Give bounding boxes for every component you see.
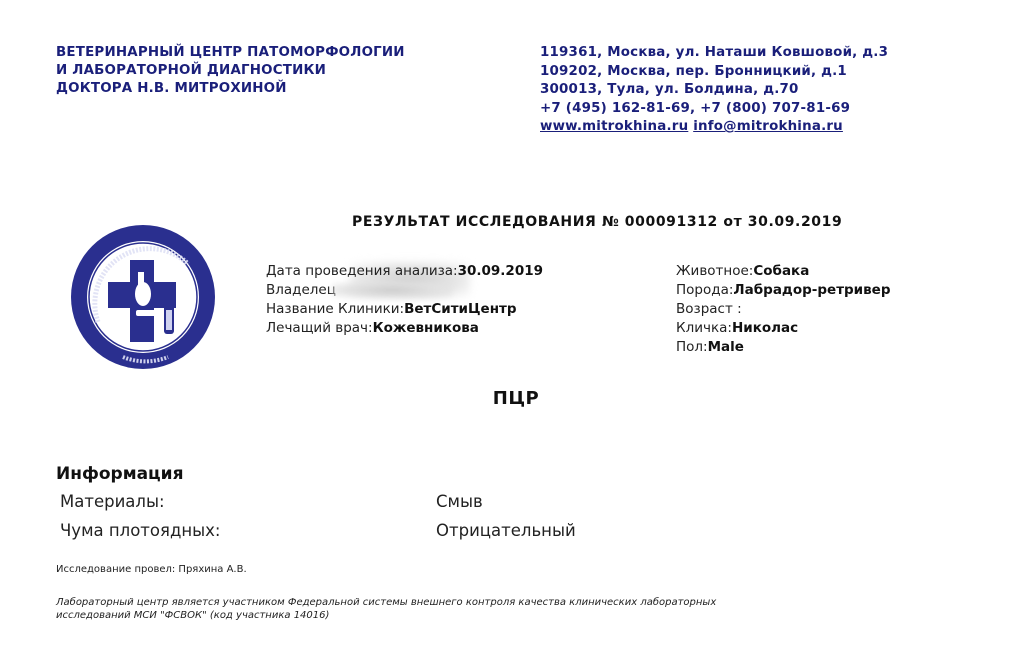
animal-field: Животное:Собака xyxy=(676,262,891,281)
org-line: ДОКТОРА Н.В. МИТРОХИНОЙ xyxy=(56,80,405,98)
redacted-owner xyxy=(332,282,452,298)
medical-cross-microscope-logo-icon xyxy=(68,222,218,372)
org-line: ВЕТЕРИНАРНЫЙ ЦЕНТР ПАТОМОРФОЛОГИИ xyxy=(56,44,405,62)
result-row: Чума плотоядных: Отрицательный xyxy=(60,521,221,540)
breed-field: Порода:Лабрадор-ретривер xyxy=(676,281,891,300)
section-title: ПЦР xyxy=(0,388,1032,409)
organization-name: ВЕТЕРИНАРНЫЙ ЦЕНТР ПАТОМОРФОЛОГИИ И ЛАБО… xyxy=(56,44,405,98)
phone-line: +7 (495) 162-81-69, +7 (800) 707-81-69 xyxy=(540,100,888,119)
sex-field: Пол:Male xyxy=(676,338,891,357)
report-title: РЕЗУЛЬТАТ ИССЛЕДОВАНИЯ № 000091312 от 30… xyxy=(352,214,842,230)
result-label: Чума плотоядных: xyxy=(60,521,221,540)
info-heading: Информация xyxy=(56,464,183,484)
performed-by: Исследование провел: Пряхина А.В. xyxy=(56,564,247,575)
address-line: 119361, Москва, ул. Наташи Ковшовой, д.3 xyxy=(540,44,888,63)
contact-block: 119361, Москва, ул. Наташи Ковшовой, д.3… xyxy=(540,44,888,137)
analysis-date-field: Дата проведения анализа:30.09.2019 xyxy=(266,262,543,281)
email-link[interactable]: info@mitrokhina.ru xyxy=(693,119,843,134)
result-value: Смыв xyxy=(436,492,483,511)
org-line: И ЛАБОРАТОРНОЙ ДИАГНОСТИКИ xyxy=(56,62,405,80)
clinic-field: Название Клиники:ВетСитиЦентр xyxy=(266,300,543,319)
owner-field: Владелец xyxy=(266,281,543,300)
result-value: Отрицательный xyxy=(436,521,576,540)
patient-info-right: Животное:Собака Порода:Лабрадор-ретривер… xyxy=(676,262,891,357)
patient-info-left: Дата проведения анализа:30.09.2019 Владе… xyxy=(266,262,543,338)
address-line: 109202, Москва, пер. Бронницкий, д.1 xyxy=(540,63,888,82)
age-field: Возраст : xyxy=(676,300,891,319)
address-line: 300013, Тула, ул. Болдина, д.70 xyxy=(540,81,888,100)
doctor-field: Лечащий врач:Кожевникова xyxy=(266,319,543,338)
pet-name-field: Кличка:Николас xyxy=(676,319,891,338)
website-link[interactable]: www.mitrokhina.ru xyxy=(540,119,688,134)
result-label: Материалы: xyxy=(60,492,165,511)
result-row: Материалы: Смыв xyxy=(60,492,165,511)
accreditation-note: Лабораторный центр является участником Ф… xyxy=(56,596,956,622)
